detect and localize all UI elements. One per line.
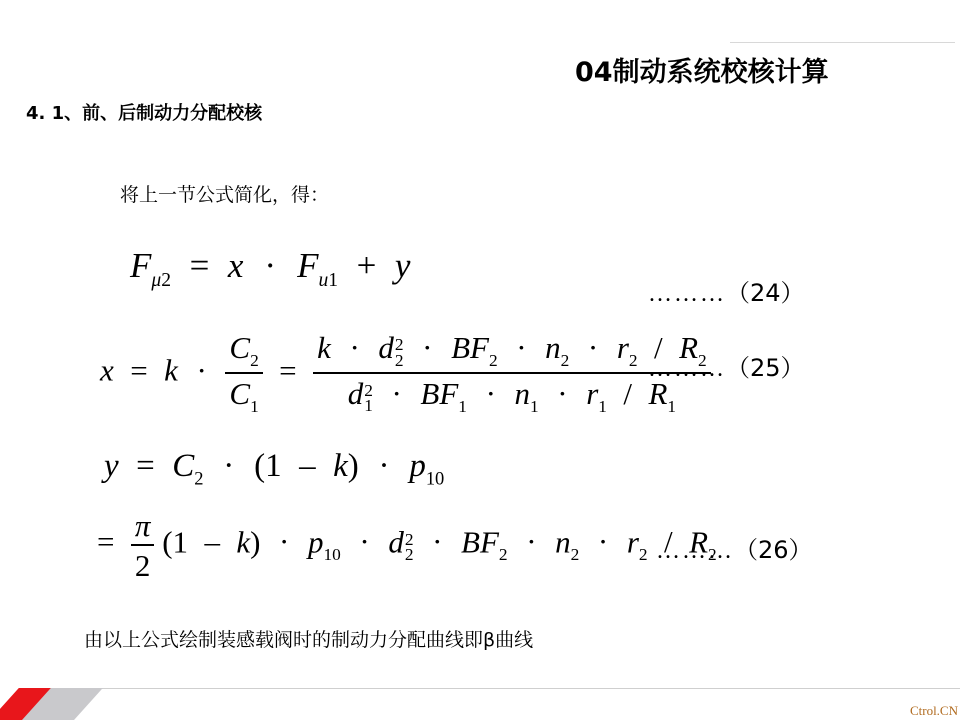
sup-sub: 21 (364, 383, 373, 414)
cdot: · (196, 353, 206, 388)
sub-2: 2 (405, 547, 414, 563)
page-title: 04制动系统校核计算 (575, 50, 829, 89)
right-paren: ) (348, 448, 359, 484)
symbol-BF: BF (461, 524, 499, 559)
intro-text: 将上一节公式简化，得： (120, 180, 329, 207)
equation-number-24: ………（24） (648, 273, 805, 308)
equation-26-line-2: = π 2 (1 – k) · p10 · d22 · BF2 · n2 · r… (97, 510, 717, 581)
cdot: · (279, 524, 289, 559)
eq-label: （25） (726, 354, 805, 382)
fraction-pi-over-2: π 2 (131, 510, 155, 581)
symbol-F: F (130, 246, 151, 285)
sub-1: 1 (530, 396, 539, 415)
equals-sign: = (279, 353, 296, 388)
sub-1: 1 (598, 396, 607, 415)
sub-2: 2 (571, 545, 580, 564)
eq-label: （24） (726, 279, 805, 307)
symbol-BF: BF (451, 330, 489, 365)
symbol-BF: BF (420, 376, 458, 411)
number-1: 1 (173, 524, 189, 559)
watermark: Ctrol.CN (910, 703, 958, 719)
sub-2: 2 (395, 353, 404, 369)
sup-sub: 22 (405, 532, 414, 563)
cdot: · (598, 524, 608, 559)
sub-2: 2 (194, 468, 203, 488)
cdot: · (359, 524, 369, 559)
symbol-n: n (515, 376, 531, 411)
sub-2: 2 (250, 351, 259, 370)
left-paren: ( (162, 524, 172, 559)
symbol-pi: π (135, 508, 151, 543)
sub-2: 2 (561, 351, 570, 370)
symbol-x: x (228, 246, 244, 285)
sub-1: 1 (328, 270, 338, 291)
sup-sub: 22 (395, 337, 404, 368)
cdot: · (486, 376, 496, 411)
sub-1: 1 (458, 396, 467, 415)
equals-sign: = (130, 353, 147, 388)
symbol-F: F (297, 246, 318, 285)
cdot: · (557, 376, 567, 411)
section-heading: 4. 1、前、后制动力分配校核 (26, 99, 262, 125)
cdot: · (432, 524, 442, 559)
header-divider (730, 42, 955, 43)
symbol-r: r (617, 330, 629, 365)
dot-leader: ……… (648, 281, 726, 307)
symbol-n: n (545, 330, 561, 365)
conclusion-text: 由以上公式绘制装感载阀时的制动力分配曲线即β曲线 (84, 625, 533, 652)
symbol-p: p (409, 448, 426, 484)
symbol-y: y (395, 246, 411, 285)
cdot: · (379, 448, 390, 484)
sub-1: 1 (250, 396, 259, 415)
equals-sign: = (97, 524, 114, 559)
symbol-r: r (627, 524, 639, 559)
sub-10: 10 (323, 545, 340, 564)
symbol-C: C (229, 376, 250, 411)
symbol-d: d (378, 330, 394, 365)
sub-2: 2 (489, 351, 498, 370)
cdot: · (264, 246, 276, 285)
sub-1: 1 (667, 396, 676, 415)
symbol-r: r (586, 376, 598, 411)
symbol-d: d (388, 524, 404, 559)
symbol-n: n (555, 524, 571, 559)
minus-sign: – (299, 448, 316, 484)
sub-2: 2 (639, 545, 648, 564)
left-paren: ( (254, 448, 265, 484)
equation-number-25: ………（25） (648, 348, 805, 383)
footer-divider (55, 688, 960, 689)
minus-sign: – (204, 524, 220, 559)
dot-leader: ……… (648, 356, 726, 382)
symbol-p: p (308, 524, 324, 559)
symbol-y: y (104, 448, 119, 484)
number-1: 1 (265, 448, 282, 484)
sub-10: 10 (426, 468, 444, 488)
symbol-d: d (348, 376, 364, 411)
sub-2: 2 (161, 270, 171, 291)
equation-number-26: ………（26） (656, 530, 813, 565)
cdot: · (349, 330, 359, 365)
cdot: · (516, 330, 526, 365)
symbol-k: k (236, 524, 250, 559)
eq-label: （26） (734, 536, 813, 564)
dot-leader: ……… (656, 538, 734, 564)
equation-24: Fμ2 = x · Fu1 + y (130, 248, 410, 290)
equation-25: x = k · C2 C1 = k · d22 · BF2 · n2 · r2 … (100, 332, 711, 415)
equation-26-line-1: y = C2 · (1 – k) · p10 (104, 450, 444, 488)
cdot: · (526, 524, 536, 559)
right-paren: ) (250, 524, 260, 559)
cdot: · (223, 448, 234, 484)
equals-sign: = (136, 448, 155, 484)
symbol-x: x (100, 353, 114, 388)
equals-sign: = (190, 246, 210, 285)
symbol-k: k (333, 448, 348, 484)
symbol-C: C (172, 448, 194, 484)
symbol-k: k (317, 330, 331, 365)
sub-1: 1 (364, 398, 373, 414)
symbol-C: C (229, 330, 250, 365)
cdot: · (422, 330, 432, 365)
fraction-c2-c1: C2 C1 (225, 332, 262, 415)
sub-mu: μ (151, 270, 161, 291)
slash: / (623, 376, 632, 411)
number-2: 2 (135, 548, 151, 583)
sub-u: u (318, 270, 328, 291)
cdot: · (588, 330, 598, 365)
plus-sign: + (357, 246, 377, 285)
sub-2: 2 (499, 545, 508, 564)
symbol-k: k (164, 353, 178, 388)
sub-2: 2 (629, 351, 638, 370)
cdot: · (392, 376, 402, 411)
